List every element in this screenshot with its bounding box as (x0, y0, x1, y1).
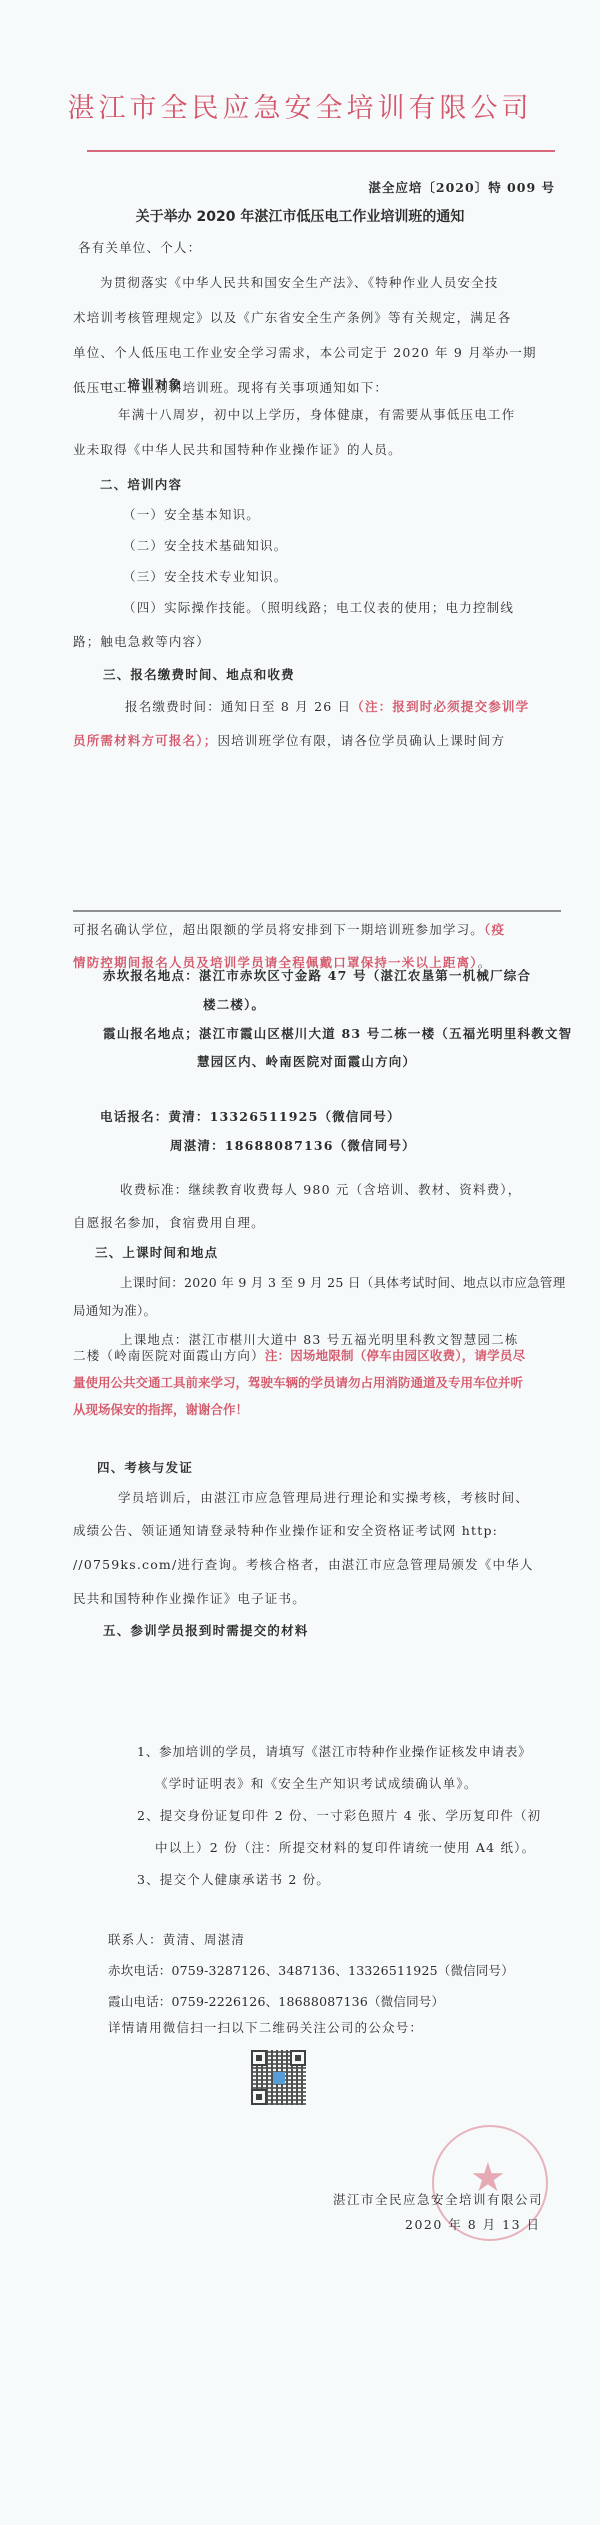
signature-date: 2020 年 8 月 13 日 (405, 2215, 541, 2233)
reg-time-prefix: 报名缴费时间：通知日至 8 月 26 日 (125, 699, 351, 714)
signature-company: 湛江市全民应急安全培训有限公司 (333, 2190, 543, 2208)
qr-finder-icon (251, 2089, 267, 2105)
class-time: 上课时间：2020 年 9 月 3 至 9 月 25 日（具体考试时间、地点以市… (120, 1273, 566, 1291)
parking-note: 从现场保安的指挥，谢谢合作！ (73, 1400, 248, 1418)
section2-item: （三）安全技术专业知识。 (123, 567, 287, 585)
section4-line: 学员培训后，由湛江市应急管理局进行理论和实操考核，考核时间、 (118, 1488, 529, 1506)
reg-time-line: 员所需材料方可报名）；因培训班学位有限，请各位学员确认上课时间方 (73, 731, 505, 749)
class-place-line: 二楼（岭南医院对面霞山方向）注：因场地限制（停车由园区收费），请学员尽 (73, 1346, 525, 1364)
material-item: 2、提交身份证复印件 2 份、一寸彩色照片 4 张、学历复印件（初 (137, 1806, 541, 1824)
wechat-hint: 详情请用微信扫一扫以下二维码关注公司的公众号： (108, 2018, 423, 2036)
page2-line: 可报名确认学位，超出限额的学员将安排到下一期培训班参加学习。（疫 (73, 920, 505, 938)
class-time-cont: 局通知为准）。 (73, 1301, 156, 1319)
parking-note: 量使用公共交通工具前来学习，驾驶车辆的学员请勿占用消防通道及专用车位并听 (73, 1373, 523, 1391)
chikan-phone: 赤坎电话：0759-3287126、3487136、13326511925（微信… (108, 1961, 514, 1979)
section-heading-2: 二、培训内容 (100, 475, 182, 493)
chikan-location: 赤坎报名地点：湛江市赤坎区寸金路 47 号（湛江农垦第一机械厂综合 (103, 966, 531, 984)
epidemic-note: （疫 (484, 922, 505, 937)
section4-line: //0759ks.com/进行查询。考核合格者，由湛江市应急管理局颁发《中华人 (73, 1555, 534, 1573)
intro-line: 为贯彻落实《中华人民共和国安全生产法》、《特种作业人员安全技 (100, 273, 499, 291)
section-heading-4: 四、考核与发证 (97, 1458, 193, 1476)
document-title: 关于举办 2020 年湛江市低压电工作业培训班的通知 (0, 206, 600, 226)
contact-people: 联系人：黄清、周湛清 (108, 1930, 245, 1948)
fee-standard: 收费标准：继续教育收费每人 980 元（含培训、教材、资料费）， (120, 1180, 521, 1198)
salutation: 各有关单位、个人： (78, 238, 201, 256)
section4-line: 成绩公告、领证通知请登录特种作业操作证和安全资格证考试网 http: (73, 1521, 498, 1539)
qr-finder-icon (290, 2050, 306, 2066)
reg-time-line: 报名缴费时间：通知日至 8 月 26 日（注：报到时必须提交参训学 (125, 697, 529, 715)
letterhead-rule (87, 150, 555, 152)
section2-item: （一）安全基本知识。 (123, 505, 260, 523)
section2-item: （四）实际操作技能。（照明线路；电工仪表的使用；电力控制线 (123, 598, 514, 616)
intro-line: 术培训考核管理规定》以及《广东省安全生产条例》等有关规定，满足各 (73, 308, 511, 326)
company-letterhead: 湛江市全民应急安全培训有限公司 (0, 86, 600, 125)
section-heading-5: 五、参训学员报到时需提交的材料 (103, 1621, 309, 1639)
chikan-location-cont: 楼二楼）。 (203, 995, 265, 1013)
section4-line: 民共和国特种作业操作证》电子证书。 (73, 1589, 306, 1607)
qr-logo-icon (273, 2072, 285, 2084)
section2-item-cont: 路；触电急救等内容） (73, 632, 210, 650)
section1-line: 业未取得《中华人民共和国特种作业操作证》的人员。 (73, 440, 402, 458)
wechat-qr-code[interactable] (251, 2050, 306, 2105)
material-item: 1、参加培训的学员，请填写《湛江市特种作业操作证核发申请表》 (137, 1742, 531, 1760)
notice-document: 湛江市全民应急安全培训有限公司 湛全应培〔2020〕特 009 号 关于举办 2… (0, 0, 600, 2525)
document-number: 湛全应培〔2020〕特 009 号 (368, 178, 555, 196)
fee-standard-cont: 自愿报名参加，食宿费用自理。 (73, 1213, 265, 1231)
section-heading-3b: 三、上课时间和地点 (95, 1243, 218, 1261)
page2-text: 可报名确认学位，超出限额的学员将安排到下一期培训班参加学习。 (73, 922, 484, 937)
reg-time-note: （注：报到时必须提交参训学 (351, 699, 529, 714)
class-place-text: 二楼（岭南医院对面霞山方向） (73, 1348, 265, 1363)
page-break-divider (73, 910, 561, 912)
section-heading-1: 一、培训对象 (100, 375, 182, 393)
section-heading-3: 三、报名缴费时间、地点和收费 (103, 665, 295, 683)
phone-registration: 电话报名：黄清：13326511925（微信同号） (100, 1107, 401, 1125)
material-item-cont: 中以上）2 份（注：所提交材料的复印件请统一使用 A4 纸）。 (155, 1838, 535, 1856)
xiashan-location-cont: 慧园区内、岭南医院对面霞山方向） (197, 1052, 416, 1070)
material-item: 3、提交个人健康承诺书 2 份。 (137, 1870, 330, 1888)
phone-registration-2: 周湛清：18688087136（微信同号） (170, 1136, 416, 1154)
xiashan-location: 霞山报名地点；湛江市霞山区椹川大道 83 号二栋一楼（五福光明里科教文智 (103, 1024, 572, 1042)
parking-note: 注：因场地限制（停车由园区收费），请学员尽 (265, 1348, 525, 1363)
reg-time-suffix: 因培训班学位有限，请各位学员确认上课时间方 (217, 733, 505, 748)
qr-finder-icon (251, 2050, 267, 2066)
xiashan-phone: 霞山电话：0759-2226126、18688087136（微信同号） (108, 1992, 444, 2010)
section1-line: 年满十八周岁，初中以上学历，身体健康，有需要从事低压电工作 (118, 405, 515, 423)
reg-time-note: 员所需材料方可报名）； (73, 733, 217, 748)
intro-line: 单位、个人低压电工作业安全学习需求，本公司定于 2020 年 9 月举办一期 (73, 343, 537, 361)
section2-item: （二）安全技术基础知识。 (123, 536, 287, 554)
material-item-cont: 《学时证明表》和《安全生产知识考试成绩确认单》。 (155, 1774, 478, 1792)
